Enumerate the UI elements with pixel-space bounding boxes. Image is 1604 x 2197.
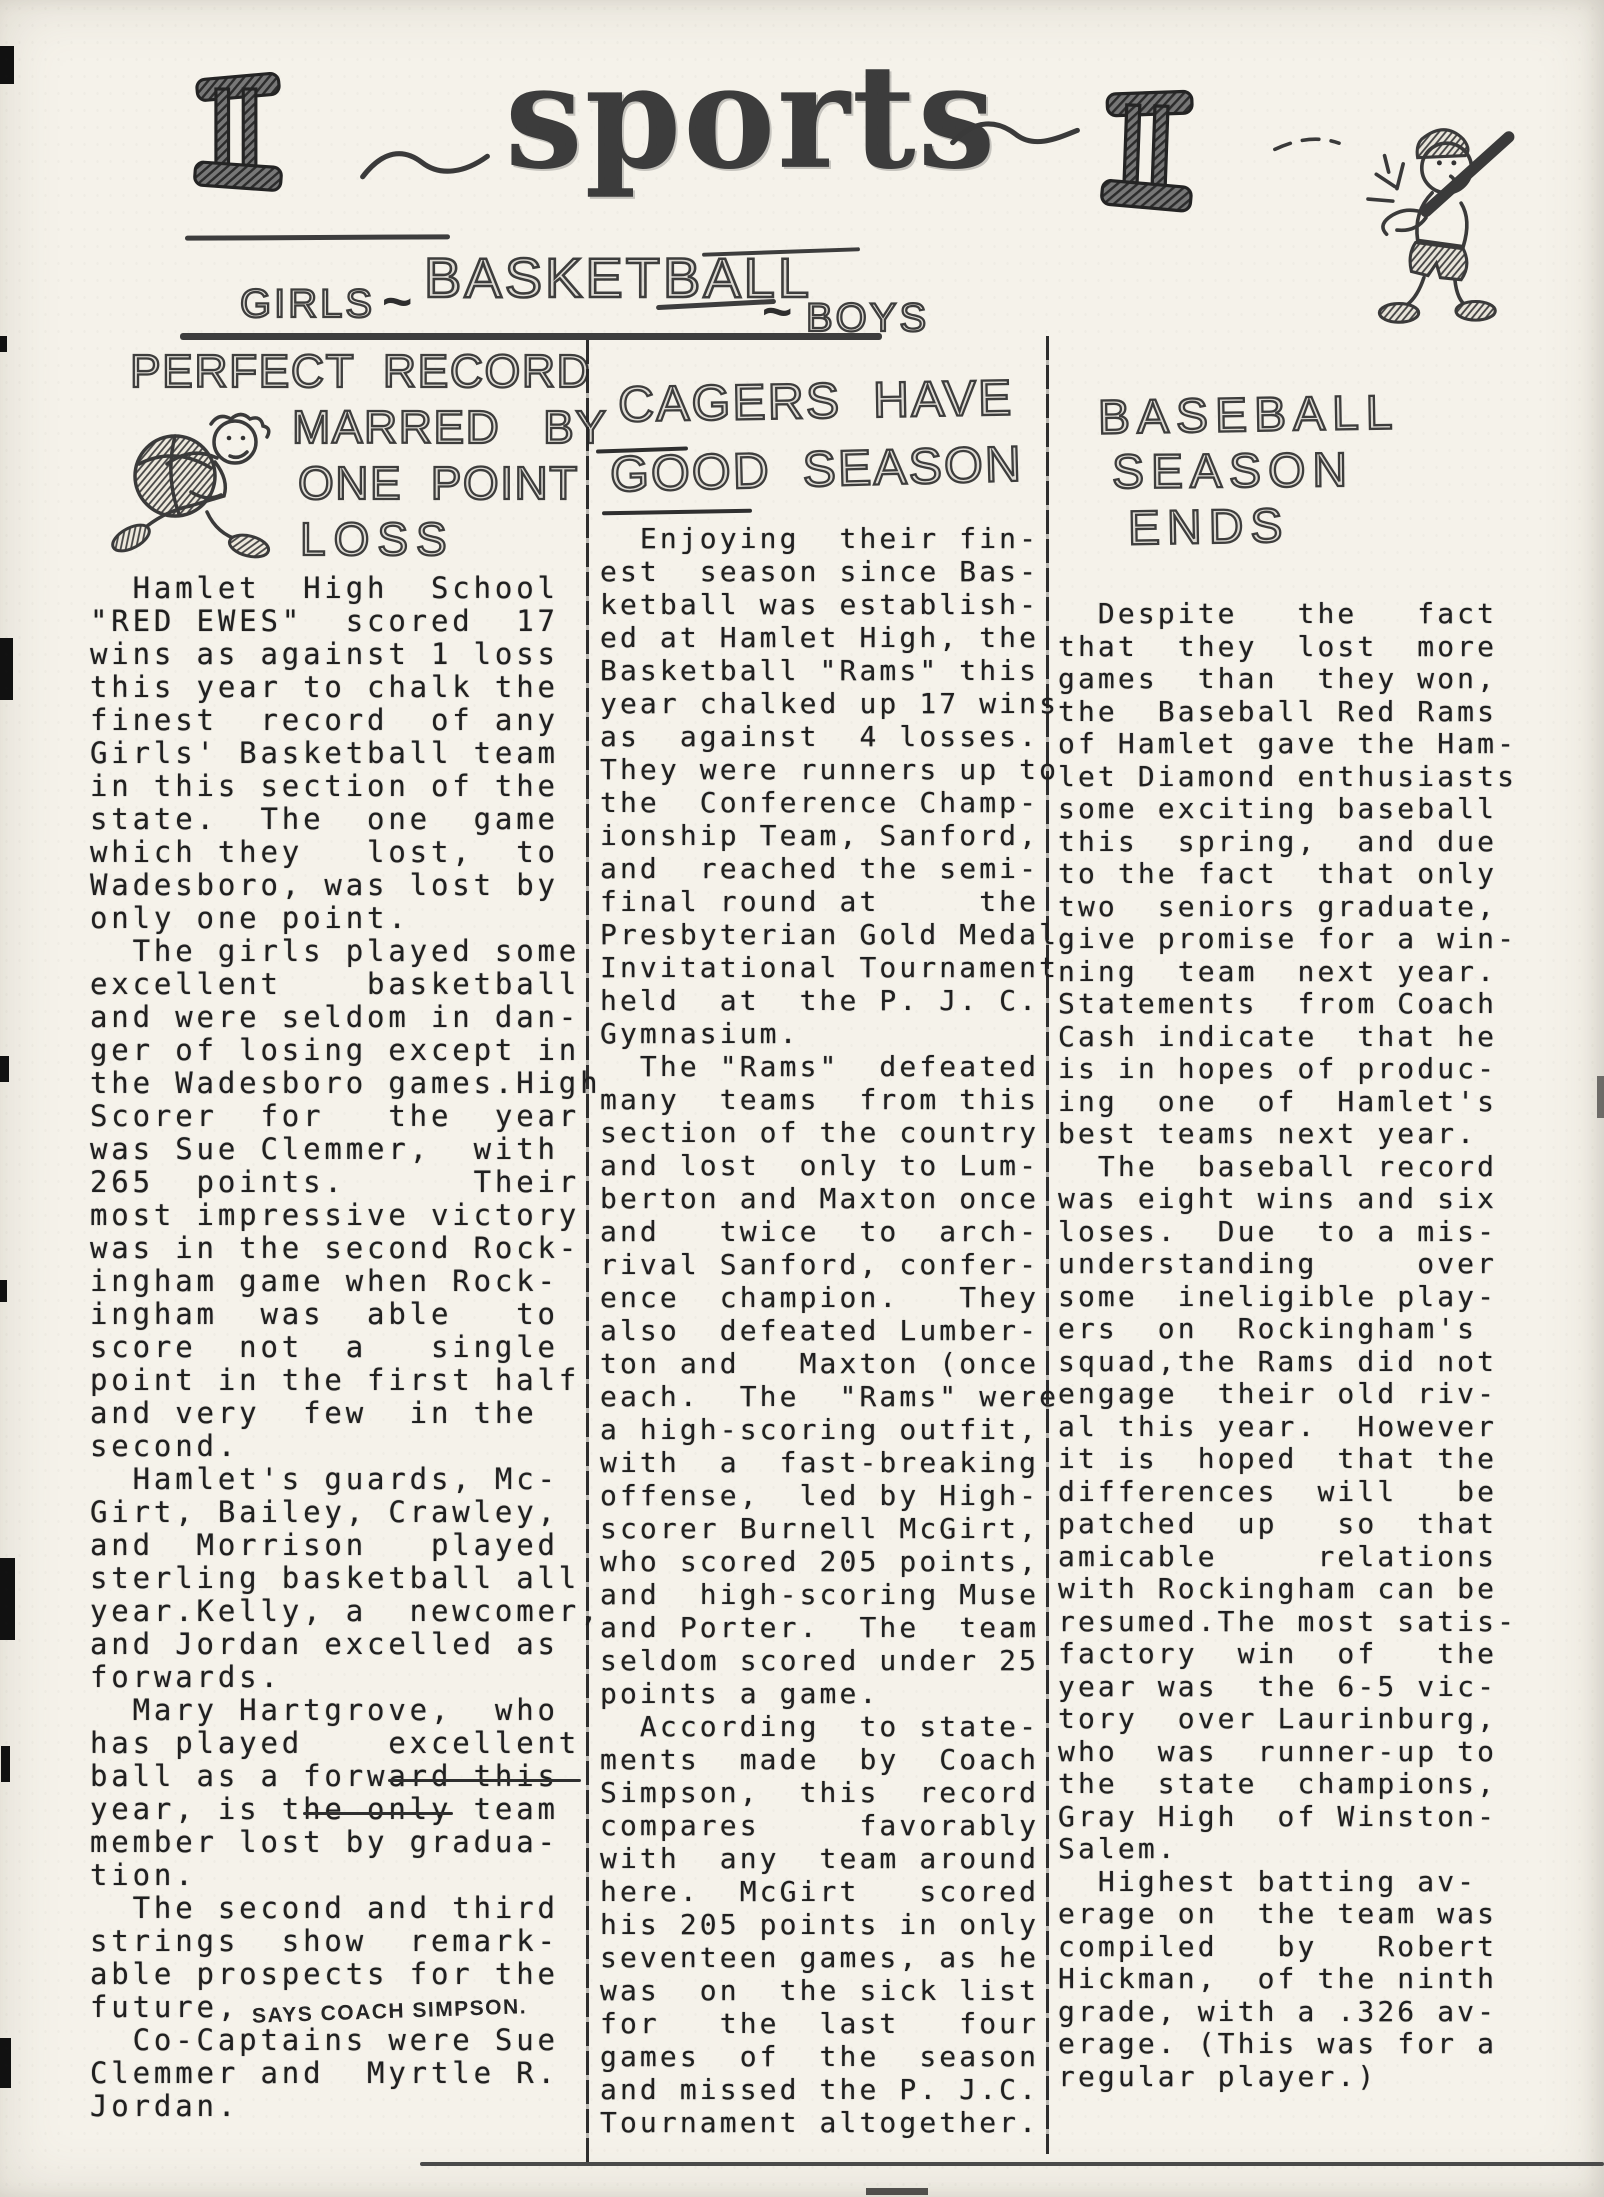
banner-boys-label: BOYS	[806, 298, 929, 338]
masthead-underline	[185, 234, 450, 240]
gate-ornament-left-label: II	[286, 68, 287, 69]
col3-headline-line3: ENDS	[1128, 503, 1290, 554]
newspaper-page: II sports II	[0, 0, 1604, 2197]
col3-headline-line2: SEASON	[1112, 447, 1354, 497]
col1-article-body: Hamlet High School "RED EWES" scored 17 …	[90, 572, 610, 2024]
basketball-player-cartoon	[95, 396, 315, 568]
banner-girls-label: GIRLS	[240, 284, 375, 324]
squiggle-line-left	[358, 142, 492, 188]
scan-artifact	[0, 1280, 7, 1302]
col1-headline-line3: ONE POINT	[298, 460, 579, 506]
scan-artifact	[0, 336, 7, 352]
page-title: sports	[505, 45, 997, 189]
scan-artifact	[0, 1558, 15, 1640]
col2-article-body: Enjoying their fin- est season since Bas…	[600, 522, 1060, 2139]
col1-headline-line4: LOSS	[300, 516, 455, 562]
gate-ornament-left-icon: II	[190, 68, 286, 196]
gate-ornament-right-label: II	[1200, 86, 1201, 87]
banner-basketball-label: BASKETBALL	[424, 250, 812, 306]
scan-artifact	[0, 2038, 11, 2088]
scan-artifact	[0, 638, 13, 700]
banner-tilde-1: ~	[382, 276, 412, 328]
baseball-batter-cartoon	[1268, 108, 1528, 346]
underline-forward	[303, 1812, 453, 1815]
banner-underline	[180, 333, 882, 340]
scan-artifact	[866, 2188, 928, 2195]
scan-artifact	[1597, 1076, 1604, 1118]
col1-headline-line2: MARRED BY	[292, 404, 608, 450]
gate-ornament-right-icon: II	[1096, 82, 1201, 217]
squiggle-line-right	[948, 112, 1082, 158]
col1-headline-line1: PERFECT RECORD	[130, 348, 591, 394]
col2-headline-stroke-b	[602, 509, 752, 516]
bottom-rule	[420, 2162, 1604, 2166]
col1-article-body-tail: Co-Captains were Sue Clemmer and Myrtle …	[90, 2024, 610, 2123]
scan-artifact	[1, 1746, 10, 1782]
banner-tilde-2: ~	[762, 286, 792, 338]
col3-article-body: Despite the fact that they lost more gam…	[1058, 598, 1518, 2093]
scan-artifact	[0, 1056, 9, 1082]
col3-headline-line1: BASEBALL	[1098, 389, 1400, 442]
scan-artifact	[0, 46, 14, 84]
col2-headline-line1: CAGERS HAVE	[618, 373, 1014, 430]
underline-excellent	[388, 1779, 581, 1782]
